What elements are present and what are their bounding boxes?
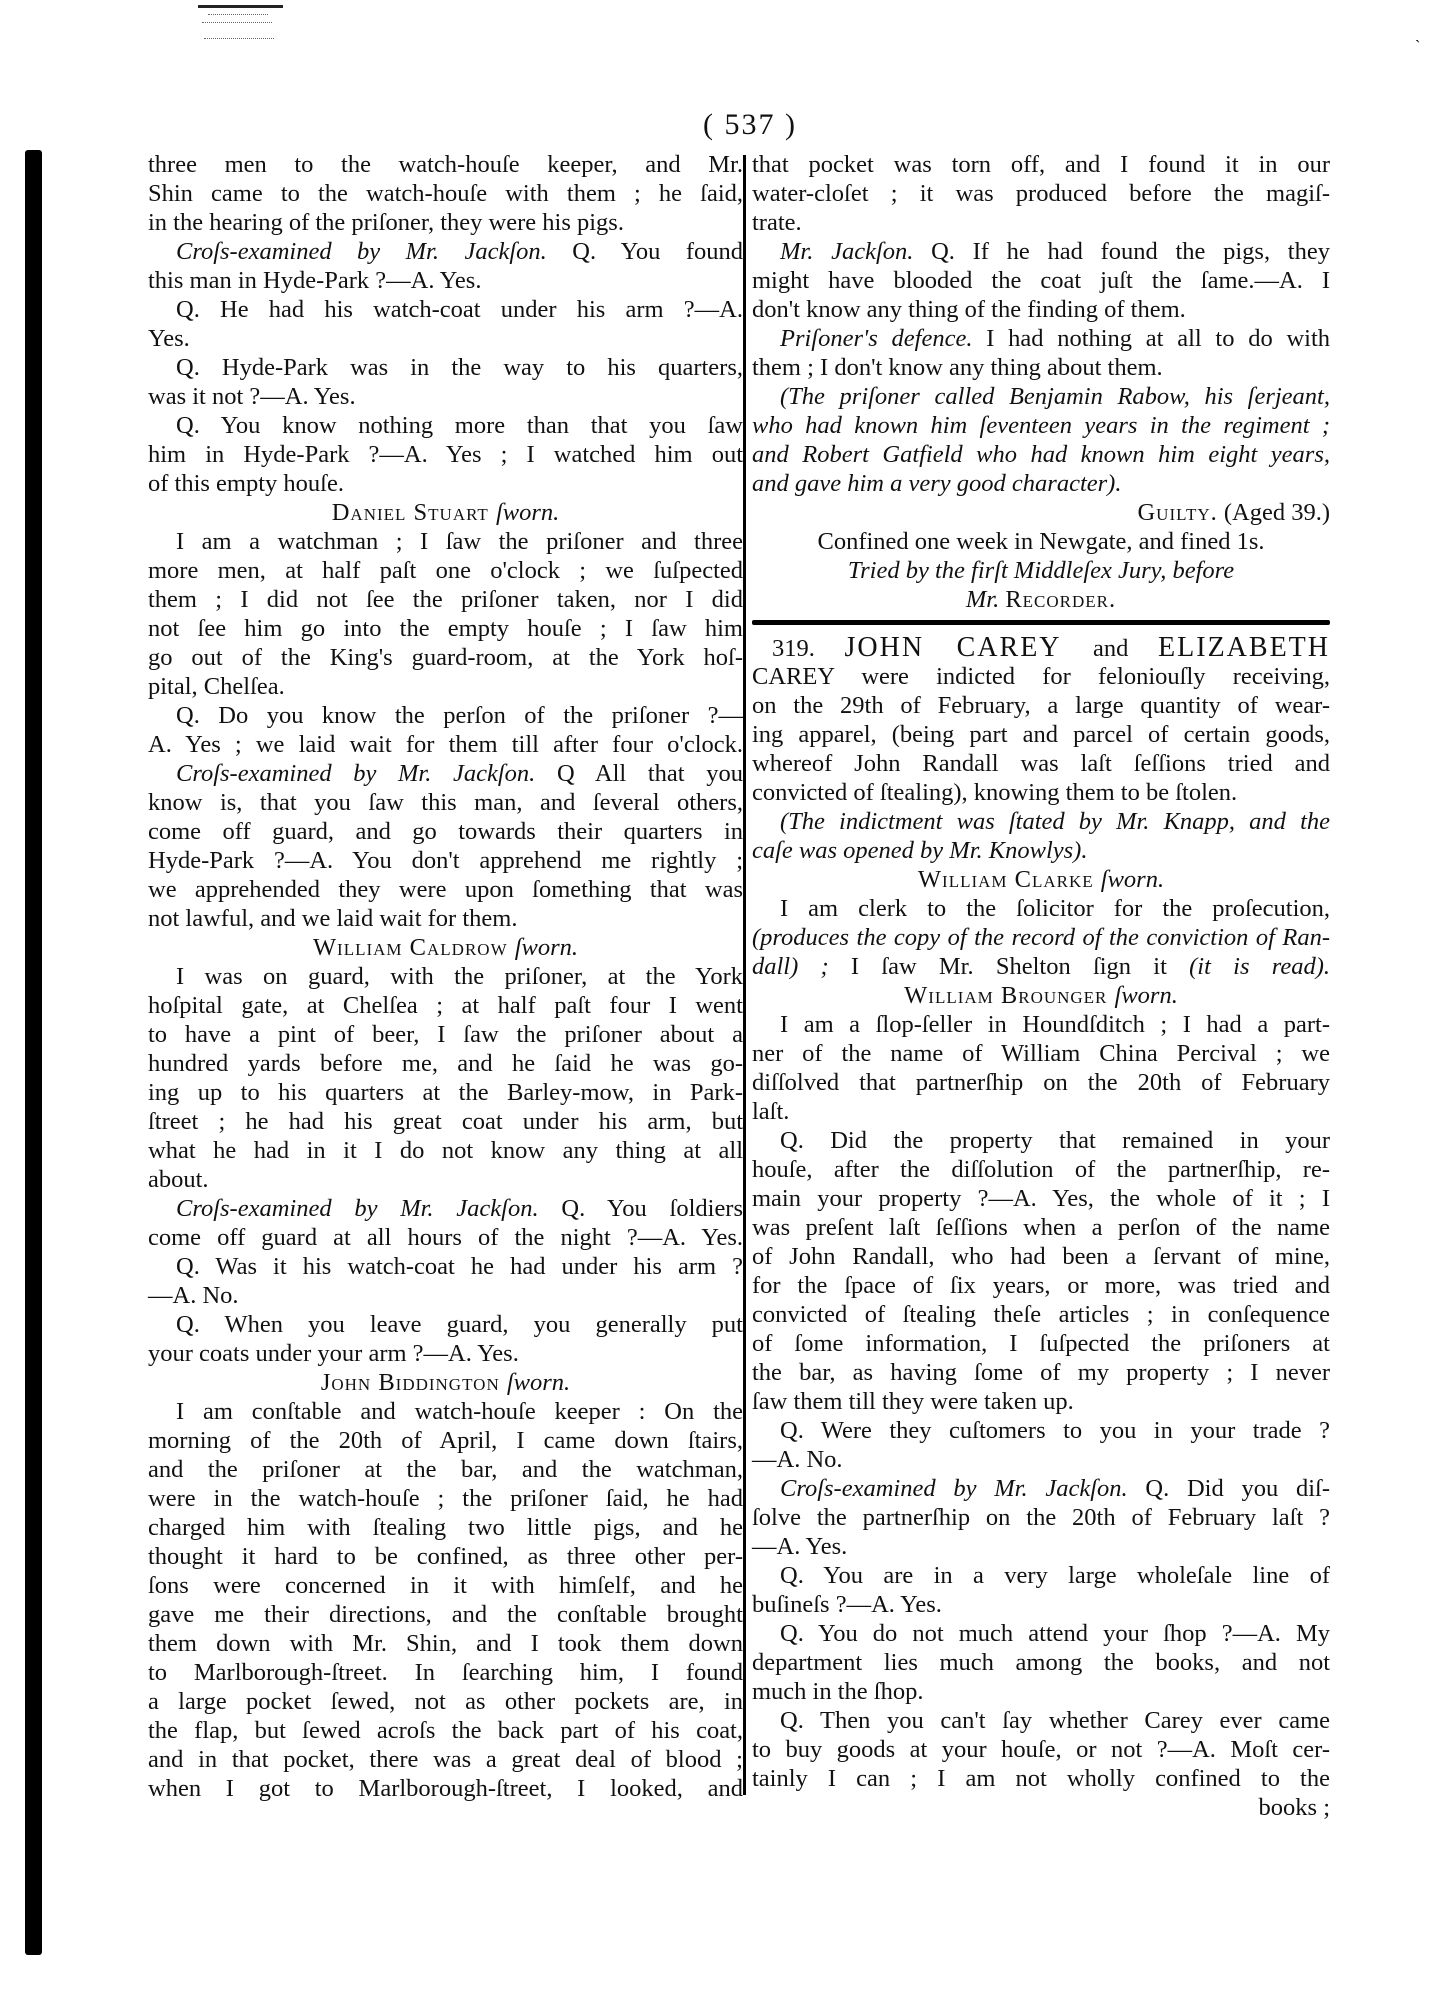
body-text: Shin came to the watch-houſe with them ;…	[148, 180, 743, 207]
case-number: 319.	[772, 635, 845, 662]
text-line: convicted of ſtealing theſe articles ; i…	[752, 1300, 1330, 1329]
text-line: Q. You know nothing more than that you ſ…	[148, 411, 743, 440]
body-text: Q. Do you know the perſon of the priſone…	[176, 702, 743, 729]
text-line: come off guard at all hours of the night…	[148, 1223, 743, 1252]
body-text: —A. No.	[752, 1446, 843, 1473]
text-line: Q. Did the property that remained in you…	[752, 1126, 1330, 1155]
body-text: Q. Then you can't ſay whether Carey ever…	[780, 1707, 1330, 1734]
text-line: Q. Do you know the perſon of the priſone…	[148, 701, 743, 730]
witness-name: William Caldrow	[313, 934, 515, 961]
left-column: three men to the watch-houſe keeper, and…	[148, 150, 743, 1803]
text-line: in the hearing of the priſoner, they wer…	[148, 208, 743, 237]
speaker-label: Croſs-examined by Mr. Jackſon.	[176, 238, 547, 265]
margin-speck: ˋ	[1415, 38, 1420, 56]
verdict: Guilty.	[1137, 499, 1217, 526]
text-line: ner of the name of William China Perciva…	[752, 1039, 1330, 1068]
body-text: I had nothing at all to do with	[972, 325, 1330, 352]
body-text: Q. You ſoldiers	[539, 1195, 743, 1222]
body-text: I ſaw Mr. Shelton ſign it	[829, 953, 1189, 980]
text-line: William Clarke ſworn.	[752, 865, 1330, 894]
italic-text: caſe was opened by Mr. Knowlys).	[752, 837, 1087, 864]
body-text: department lies much among the books, an…	[752, 1649, 1330, 1676]
text-line: diſſolved that partnerſhip on the 20th o…	[752, 1068, 1330, 1097]
body-text: Q. When you leave guard, you generally p…	[176, 1311, 743, 1338]
body-text: houſe, after the diſſolution of the part…	[752, 1156, 1330, 1183]
body-text: main your property ?—A. Yes, the whole o…	[752, 1185, 1330, 1212]
body-text: ſaw them till they were taken up.	[752, 1388, 1074, 1415]
text-line: the bar, as having ſome of my property ;…	[752, 1358, 1330, 1387]
text-line: (The indictment was ſtated by Mr. Knapp,…	[752, 807, 1330, 836]
text-line: Q. When you leave guard, you generally p…	[148, 1310, 743, 1339]
body-text: (Aged 39.)	[1218, 499, 1330, 526]
text-line: Q. Were they cuſtomers to you in your tr…	[752, 1416, 1330, 1445]
binding-edge-shadow	[25, 150, 42, 1955]
body-text: what he had in it I do not know any thin…	[148, 1137, 743, 1164]
text-line: more men, at half paſt one o'clock ; we …	[148, 556, 743, 585]
body-text: to Marlborough-ſtreet. In ſearching him,…	[148, 1659, 743, 1686]
title-abbrev: Mr.	[966, 586, 1005, 613]
text-line: ſaw them till they were taken up.	[752, 1387, 1330, 1416]
text-line: Guilty. (Aged 39.)	[752, 498, 1330, 527]
text-line: for the ſpace of ſix years, or more, was…	[752, 1271, 1330, 1300]
body-text: ſolve the partnerſhip on the 20th of Feb…	[752, 1504, 1330, 1531]
body-text: your coats under your arm ?—A. Yes.	[148, 1340, 519, 1367]
body-text: Q. Was it his watch-coat he had under hi…	[176, 1253, 743, 1280]
text-line: Shin came to the watch-houſe with them ;…	[148, 179, 743, 208]
text-line: Yes.	[148, 324, 743, 353]
text-line: Croſs-examined by Mr. Jackſon. Q. You ſo…	[148, 1194, 743, 1223]
text-line: morning of the 20th of April, I came dow…	[148, 1426, 743, 1455]
text-line: not lawful, and we laid wait for them.	[148, 904, 743, 933]
text-line: this man in Hyde-Park ?—A. Yes.	[148, 266, 743, 295]
body-text: A. Yes ; we laid wait for them till afte…	[148, 731, 743, 758]
speaker-label: Croſs-examined by Mr. Jackſon.	[176, 1195, 539, 1222]
text-line: of ſome information, I ſuſpected the pri…	[752, 1329, 1330, 1358]
body-text: Q. He had his watch-coat under his arm ?…	[176, 296, 743, 323]
text-line: tainly I can ; I am not wholly confined …	[752, 1764, 1330, 1793]
body-text: them down with Mr. Shin, and I took them…	[148, 1630, 743, 1657]
italic-text: (The indictment was ſtated by Mr. Knapp,…	[780, 808, 1330, 835]
text-line: gave me their directions, and the conſta…	[148, 1600, 743, 1629]
text-line: to buy goods at your houſe, or not ?—A. …	[752, 1735, 1330, 1764]
text-line: I am clerk to the ſolicitor for the proſ…	[752, 894, 1330, 923]
body-text: I am conſtable and watch-houſe keeper : …	[176, 1398, 743, 1425]
text-line: and in that pocket, there was a great de…	[148, 1745, 743, 1774]
italic-text: who had known him ſeventeen years in the…	[752, 412, 1330, 439]
italic-text: (The priſoner called Benjamin Rabow, his…	[780, 383, 1330, 410]
text-line: houſe, after the diſſolution of the part…	[752, 1155, 1330, 1184]
section-rule	[752, 620, 1330, 625]
text-line: and the priſoner at the bar, and the wat…	[148, 1455, 743, 1484]
body-text: diſſolved that partnerſhip on the 20th o…	[752, 1069, 1330, 1096]
body-text: Q. Did the property that remained in you…	[780, 1127, 1330, 1154]
body-text: Hyde-Park ?—A. You don't apprehend me ri…	[148, 847, 743, 874]
text-line: caſe was opened by Mr. Knowlys).	[752, 836, 1330, 865]
conjunction: and	[1093, 635, 1158, 662]
body-text: were in the watch-houſe ; the priſoner ſ…	[148, 1485, 743, 1512]
body-text: I am clerk to the ſolicitor for the proſ…	[780, 895, 1330, 922]
text-line: Daniel Stuart ſworn.	[148, 498, 743, 527]
text-line: —A. Yes.	[752, 1532, 1330, 1561]
body-text: Q. Did you diſ-	[1128, 1475, 1330, 1502]
body-text: that pocket was torn off, and I found it…	[752, 151, 1330, 178]
sworn-label: ſworn.	[1115, 982, 1178, 1009]
text-line: them ; I don't know any thing about them…	[752, 353, 1330, 382]
case-heading: 319. JOHN CAREY and ELIZABETH	[752, 633, 1330, 662]
body-text: of John Randall, who had been a ſervant …	[752, 1243, 1330, 1270]
italic-text: dall) ;	[752, 953, 829, 980]
text-line: I am a watchman ; I ſaw the priſoner and…	[148, 527, 743, 556]
text-line: might have blooded the coat juſt the ſam…	[752, 266, 1330, 295]
text-line: him in Hyde-Park ?—A. Yes ; I watched hi…	[148, 440, 743, 469]
body-text: ſons were concerned in it with himſelf, …	[148, 1572, 743, 1599]
body-text: on the 29th of February, a large quantit…	[752, 692, 1330, 719]
body-text: Q. Were they cuſtomers to you in your tr…	[780, 1417, 1330, 1444]
text-line: three men to the watch-houſe keeper, and…	[148, 150, 743, 179]
right-column: that pocket was torn off, and I found it…	[752, 150, 1330, 1822]
body-text: ſtreet ; he had his great coat under his…	[148, 1108, 743, 1135]
text-line: laſt.	[752, 1097, 1330, 1126]
judge-title: Recorder.	[1005, 586, 1116, 613]
text-line: the flap, but ſewed acroſs the back part…	[148, 1716, 743, 1745]
body-text: not lawful, and we laid wait for them.	[148, 905, 517, 932]
text-line: John Biddington ſworn.	[148, 1368, 743, 1397]
text-line: Hyde-Park ?—A. You don't apprehend me ri…	[148, 846, 743, 875]
text-line: (The priſoner called Benjamin Rabow, his…	[752, 382, 1330, 411]
body-text: more men, at half paſt one o'clock ; we …	[148, 557, 743, 584]
text-line: them ; I did not ſee the priſoner taken,…	[148, 585, 743, 614]
body-text: him in Hyde-Park ?—A. Yes ; I watched hi…	[148, 441, 743, 468]
text-line: William Brounger ſworn.	[752, 981, 1330, 1010]
body-text: hundred yards before me, and he ſaid he …	[148, 1050, 743, 1077]
text-line: Q. Hyde-Park was in the way to his quart…	[148, 353, 743, 382]
body-text: —A. No.	[148, 1282, 239, 1309]
body-text: Yes.	[148, 325, 190, 352]
text-line: Q. Was it his watch-coat he had under hi…	[148, 1252, 743, 1281]
body-text: go out of the King's guard-room, at the …	[148, 644, 743, 671]
text-line: to have a pint of beer, I ſaw the priſon…	[148, 1020, 743, 1049]
witness-name: William Clarke	[918, 866, 1101, 893]
text-line: CAREY were indicted for feloniouſly rece…	[752, 662, 1330, 691]
body-text: don't know any thing of the finding of t…	[752, 296, 1186, 323]
text-line: I am a ſlop-ſeller in Houndſditch ; I ha…	[752, 1010, 1330, 1039]
text-line: was it not ?—A. Yes.	[148, 382, 743, 411]
body-text: Q. You found	[547, 238, 743, 265]
body-text: pital, Chelſea.	[148, 673, 285, 700]
body-text: for the ſpace of ſix years, or more, was…	[752, 1272, 1330, 1299]
text-line: (produces the copy of the record of the …	[752, 923, 1330, 952]
text-line: hoſpital gate, at Chelſea ; at half paſt…	[148, 991, 743, 1020]
text-line: what he had in it I do not know any thin…	[148, 1136, 743, 1165]
body-text: and in that pocket, there was a great de…	[148, 1746, 743, 1773]
body-text: Q. You do not much attend your ſhop ?—A.…	[780, 1620, 1330, 1647]
text-line: ing apparel, (being part and parcel of c…	[752, 720, 1330, 749]
italic-text: (it is read).	[1189, 953, 1330, 980]
text-line: main your property ?—A. Yes, the whole o…	[752, 1184, 1330, 1213]
body-text: a large pocket ſewed, not as other pocke…	[148, 1688, 743, 1715]
library-stamp	[198, 2, 283, 42]
sworn-label: ſworn.	[515, 934, 578, 961]
text-line: trate.	[752, 208, 1330, 237]
text-line: Croſs-examined by Mr. Jackſon. Q. You fo…	[148, 237, 743, 266]
text-line: department lies much among the books, an…	[752, 1648, 1330, 1677]
body-text: Q. Hyde-Park was in the way to his quart…	[176, 354, 743, 381]
italic-text: Tried by the firſt Middleſex Jury, befor…	[848, 557, 1234, 584]
body-text: much in the ſhop.	[752, 1678, 923, 1705]
text-line: don't know any thing of the finding of t…	[752, 295, 1330, 324]
text-line: who had known him ſeventeen years in the…	[752, 411, 1330, 440]
text-line: on the 29th of February, a large quantit…	[752, 691, 1330, 720]
body-text: —A. Yes.	[752, 1533, 847, 1560]
text-line: them down with Mr. Shin, and I took them…	[148, 1629, 743, 1658]
body-text: convicted of ſtealing), knowing them to …	[752, 779, 1237, 806]
sworn-label: ſworn.	[496, 499, 559, 526]
text-line: much in the ſhop.	[752, 1677, 1330, 1706]
body-text: to have a pint of beer, I ſaw the priſon…	[148, 1021, 743, 1048]
text-line: ſtreet ; he had his great coat under his…	[148, 1107, 743, 1136]
body-text: thought it hard to be confined, as three…	[148, 1543, 743, 1570]
body-text: ing apparel, (being part and parcel of c…	[752, 721, 1330, 748]
text-line: convicted of ſtealing), knowing them to …	[752, 778, 1330, 807]
text-line: go out of the King's guard-room, at the …	[148, 643, 743, 672]
text-line: water-cloſet ; it was produced before th…	[752, 179, 1330, 208]
body-text: was it not ?—A. Yes.	[148, 383, 356, 410]
body-text: morning of the 20th of April, I came dow…	[148, 1427, 743, 1454]
text-line: Croſs-examined by Mr. Jackſon. Q. Did yo…	[752, 1474, 1330, 1503]
text-line: your coats under your arm ?—A. Yes.	[148, 1339, 743, 1368]
text-line: know is, that you ſaw this man, and ſeve…	[148, 788, 743, 817]
body-text: in the hearing of the priſoner, they wer…	[148, 209, 624, 236]
body-text: ner of the name of William China Perciva…	[752, 1040, 1330, 1067]
body-text: the flap, but ſewed acroſs the back part…	[148, 1717, 743, 1744]
body-text: we apprehended they were upon ſomething …	[148, 876, 743, 903]
text-line: and Robert Gatfield who had known him ei…	[752, 440, 1330, 469]
text-line: a large pocket ſewed, not as other pocke…	[148, 1687, 743, 1716]
body-text: know is, that you ſaw this man, and ſeve…	[148, 789, 743, 816]
text-line: Q. You do not much attend your ſhop ?—A.…	[752, 1619, 1330, 1648]
text-line: Q. You are in a very large wholeſale lin…	[752, 1561, 1330, 1590]
text-line: ſolve the partnerſhip on the 20th of Feb…	[752, 1503, 1330, 1532]
body-text: them ; I don't know any thing about them…	[752, 354, 1163, 381]
text-line: we apprehended they were upon ſomething …	[148, 875, 743, 904]
body-text: books ;	[1259, 1794, 1330, 1821]
body-text: and the priſoner at the bar, and the wat…	[148, 1456, 743, 1483]
text-line: buſineſs ?—A. Yes.	[752, 1590, 1330, 1619]
text-line: Tried by the firſt Middleſex Jury, befor…	[752, 556, 1330, 585]
text-line: Mr. Recorder.	[752, 585, 1330, 614]
witness-name: William Brounger	[904, 982, 1114, 1009]
text-line: about.	[148, 1165, 743, 1194]
body-text: charged him with ſtealing two little pig…	[148, 1514, 743, 1541]
body-text: CAREY were indicted for feloniouſly rece…	[752, 663, 1330, 690]
text-line: Mr. Jackſon. Q. If he had found the pigs…	[752, 237, 1330, 266]
body-text: about.	[148, 1166, 209, 1193]
sworn-label: ſworn.	[507, 1369, 570, 1396]
defendant-name: JOHN CAREY	[845, 632, 1093, 663]
text-line: pital, Chelſea.	[148, 672, 743, 701]
body-text: tainly I can ; I am not wholly confined …	[752, 1765, 1330, 1792]
text-line: books ;	[752, 1793, 1330, 1822]
body-text: them ; I did not ſee the priſoner taken,…	[148, 586, 743, 613]
text-line: William Caldrow ſworn.	[148, 933, 743, 962]
body-text: might have blooded the coat juſt the ſam…	[752, 267, 1330, 294]
text-line: hundred yards before me, and he ſaid he …	[148, 1049, 743, 1078]
text-line: was preſent laſt ſeſſions when a perſon …	[752, 1213, 1330, 1242]
body-text: water-cloſet ; it was produced before th…	[752, 180, 1330, 207]
body-text: I am a ſlop-ſeller in Houndſditch ; I ha…	[780, 1011, 1330, 1038]
witness-name: Daniel Stuart	[332, 499, 496, 526]
page-number: ( 537 )	[600, 108, 900, 142]
body-text: this man in Hyde-Park ?—A. Yes.	[148, 267, 481, 294]
column-divider	[743, 155, 746, 1795]
body-text: was preſent laſt ſeſſions when a perſon …	[752, 1214, 1330, 1241]
body-text: to buy goods at your houſe, or not ?—A. …	[752, 1736, 1330, 1763]
body-text: trate.	[752, 209, 802, 236]
italic-text: and Robert Gatfield who had known him ei…	[752, 441, 1330, 468]
body-text: Q. If he had found the pigs, they	[913, 238, 1330, 265]
body-text: buſineſs ?—A. Yes.	[752, 1591, 942, 1618]
body-text: not ſee him go into the empty houſe ; I …	[148, 615, 743, 642]
body-text: Q. You know nothing more than that you ſ…	[176, 412, 743, 439]
defendant-name: ELIZABETH	[1158, 632, 1330, 663]
text-line: ing up to his quarters at the Barley-mow…	[148, 1078, 743, 1107]
body-text: of this empty houſe.	[148, 470, 344, 497]
speaker-label: Mr. Jackſon.	[780, 238, 913, 265]
body-text: the bar, as having ſome of my property ;…	[752, 1359, 1330, 1386]
text-line: Q. He had his watch-coat under his arm ?…	[148, 295, 743, 324]
speaker-label: Priſoner's defence.	[780, 325, 972, 352]
speaker-label: Croſs-examined by Mr. Jackſon.	[176, 760, 535, 787]
text-line: dall) ; I ſaw Mr. Shelton ſign it (it is…	[752, 952, 1330, 981]
text-line: that pocket was torn off, and I found it…	[752, 150, 1330, 179]
text-line: not ſee him go into the empty houſe ; I …	[148, 614, 743, 643]
body-text: Q. You are in a very large wholeſale lin…	[780, 1562, 1330, 1589]
text-line: Priſoner's defence. I had nothing at all…	[752, 324, 1330, 353]
text-line: of John Randall, who had been a ſervant …	[752, 1242, 1330, 1271]
text-line: charged him with ſtealing two little pig…	[148, 1513, 743, 1542]
text-line: Confined one week in Newgate, and fined …	[752, 527, 1330, 556]
sworn-label: ſworn.	[1101, 866, 1164, 893]
text-line: were in the watch-houſe ; the priſoner ſ…	[148, 1484, 743, 1513]
body-text: I was on guard, with the priſoner, at th…	[176, 963, 743, 990]
speaker-label: Croſs-examined by Mr. Jackſon.	[780, 1475, 1128, 1502]
body-text: come off guard at all hours of the night…	[148, 1224, 743, 1251]
witness-name: John Biddington	[321, 1369, 507, 1396]
body-text: when I got to Marlborough-ſtreet, I look…	[148, 1775, 743, 1802]
text-line: I am conſtable and watch-houſe keeper : …	[148, 1397, 743, 1426]
text-line: —A. No.	[752, 1445, 1330, 1474]
body-text: Confined one week in Newgate, and fined …	[818, 528, 1265, 555]
text-line: of this empty houſe.	[148, 469, 743, 498]
body-text: hoſpital gate, at Chelſea ; at half paſt…	[148, 992, 743, 1019]
text-line: come off guard, and go towards their qua…	[148, 817, 743, 846]
text-line: Croſs-examined by Mr. Jackſon. Q All tha…	[148, 759, 743, 788]
body-text: Q All that you	[535, 760, 743, 787]
body-text: whereof John Randall was laſt ſeſſions t…	[752, 750, 1330, 777]
text-line: Q. Then you can't ſay whether Carey ever…	[752, 1706, 1330, 1735]
body-text: come off guard, and go towards their qua…	[148, 818, 743, 845]
text-line: I was on guard, with the priſoner, at th…	[148, 962, 743, 991]
text-line: A. Yes ; we laid wait for them till afte…	[148, 730, 743, 759]
italic-text: and gave him a very good character).	[752, 470, 1121, 497]
text-line: ſons were concerned in it with himſelf, …	[148, 1571, 743, 1600]
body-text: gave me their directions, and the conſta…	[148, 1601, 743, 1628]
body-text: three men to the watch-houſe keeper, and…	[148, 151, 743, 178]
body-text: of ſome information, I ſuſpected the pri…	[752, 1330, 1330, 1357]
body-text: I am a watchman ; I ſaw the priſoner and…	[176, 528, 743, 555]
text-line: when I got to Marlborough-ſtreet, I look…	[148, 1774, 743, 1803]
text-line: thought it hard to be confined, as three…	[148, 1542, 743, 1571]
text-line: to Marlborough-ſtreet. In ſearching him,…	[148, 1658, 743, 1687]
text-line: and gave him a very good character).	[752, 469, 1330, 498]
body-text: convicted of ſtealing theſe articles ; i…	[752, 1301, 1330, 1328]
body-text: ing up to his quarters at the Barley-mow…	[148, 1079, 743, 1106]
text-line: whereof John Randall was laſt ſeſſions t…	[752, 749, 1330, 778]
body-text: laſt.	[752, 1098, 789, 1125]
italic-text: (produces the copy of the record of the …	[752, 924, 1330, 951]
text-line: —A. No.	[148, 1281, 743, 1310]
